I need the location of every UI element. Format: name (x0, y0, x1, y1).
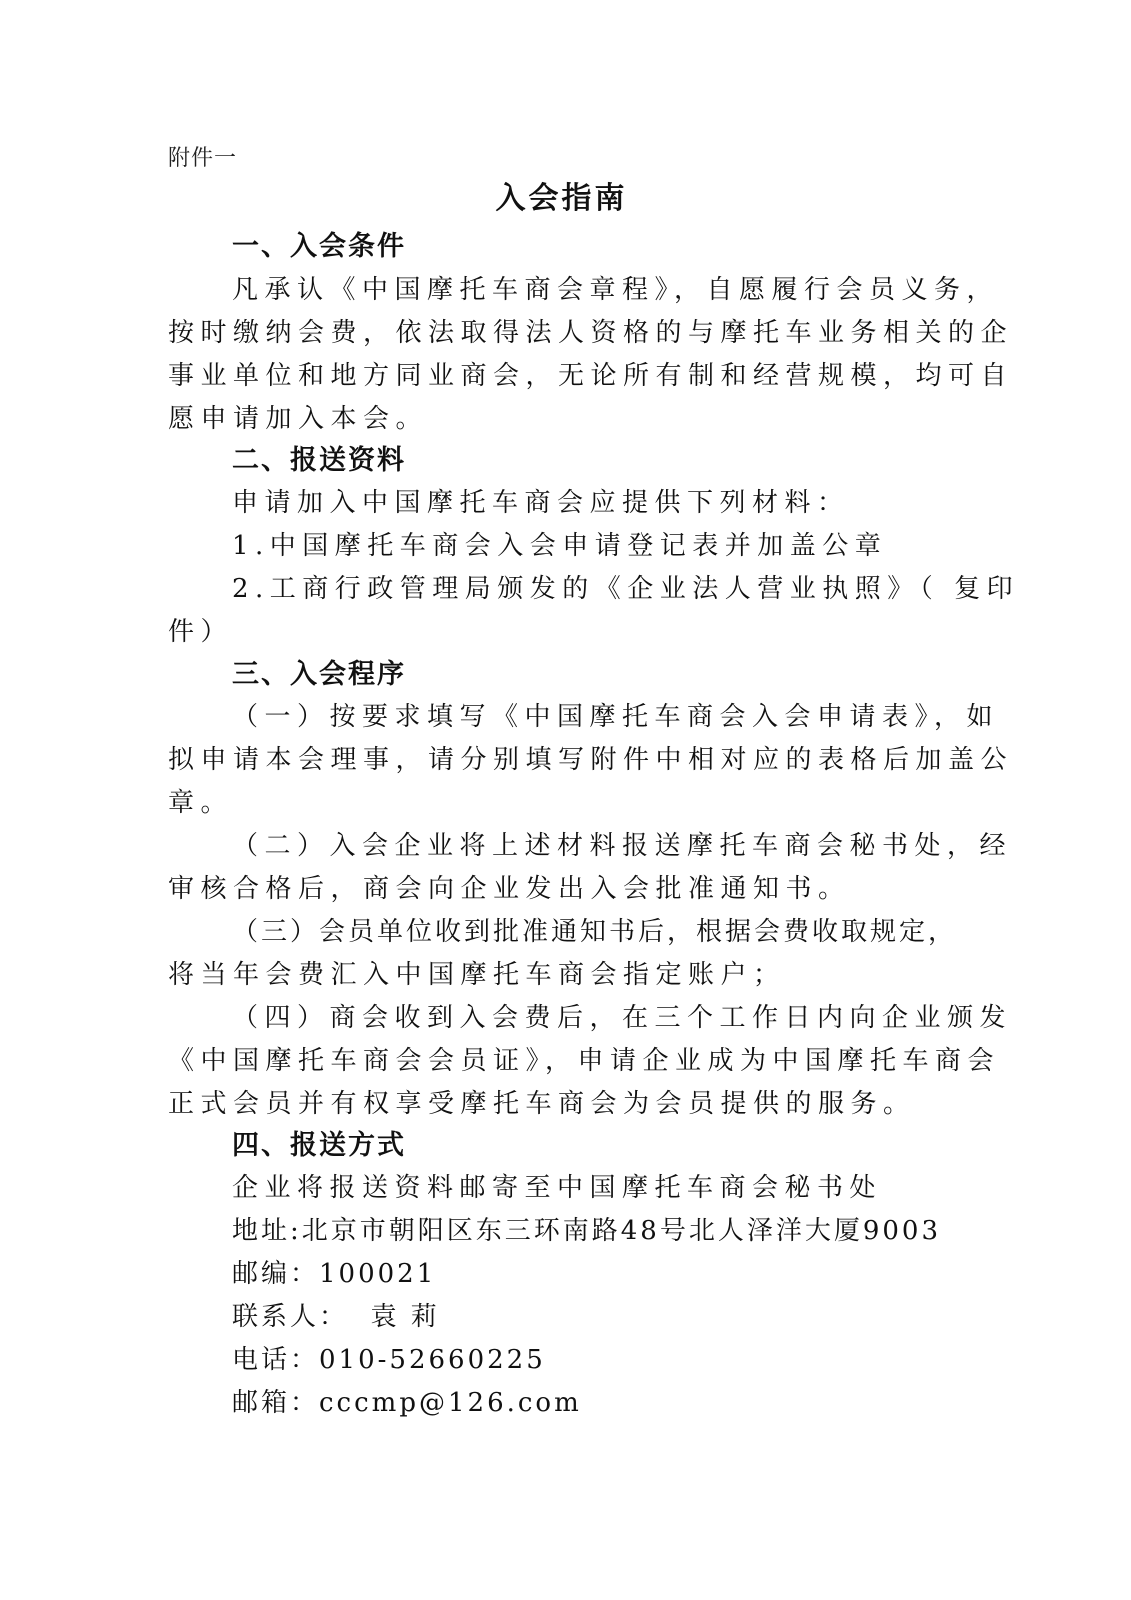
paragraph-line: 审核合格后，商会向企业发出入会批准通知书。 (168, 876, 851, 902)
paragraph-line: 拟申请本会理事，请分别填写附件中相对应的表格后加盖公 (168, 747, 1013, 773)
paragraph-line: 章。 (168, 790, 233, 816)
document-page: 附件一 入会指南 一、入会条件 凡承认《中国摩托车商会章程》，自愿履行会员义务，… (0, 0, 1131, 1600)
list-item: 1.中国摩托车商会入会申请登记表并加盖公章 (232, 533, 887, 559)
contact-email: 邮箱：cccmp@126.com (232, 1390, 582, 1416)
paragraph-line: （一）按要求填写《中国摩托车商会入会申请表》，如 (232, 704, 999, 730)
paragraph-line: （四）商会收到入会费后，在三个工作日内向企业颁发 (232, 1005, 1012, 1031)
section-heading-submission-method: 四、报送方式 (232, 1132, 406, 1159)
section-heading-membership-conditions: 一、入会条件 (232, 233, 406, 260)
contact-phone: 电话：010-52660225 (232, 1347, 546, 1373)
paragraph-line: 正式会员并有权享受摩托车商会为会员提供的服务。 (168, 1091, 916, 1117)
paragraph-line: 愿申请加入本会。 (168, 406, 428, 432)
document-title: 入会指南 (168, 184, 955, 214)
contact-address: 地址:北京市朝阳区东三环南路48号北人泽洋大厦9003 (232, 1218, 941, 1244)
paragraph-line: （二）入会企业将上述材料报送摩托车商会秘书处，经 (232, 833, 1012, 859)
paragraph-line: 《中国摩托车商会会员证》，申请企业成为中国摩托车商会 (168, 1048, 1000, 1074)
paragraph-line: 凡承认《中国摩托车商会章程》，自愿履行会员义务， (232, 277, 999, 303)
paragraph-line: 事业单位和地方同业商会，无论所有制和经营规模，均可自 (168, 363, 1013, 389)
paragraph-line: 将当年会费汇入中国摩托车商会指定账户； (168, 962, 786, 988)
contact-person: 联系人： 袁 莉 (232, 1304, 440, 1330)
list-item-continuation: 件） (168, 619, 233, 645)
contact-postcode: 邮编：100021 (232, 1261, 436, 1287)
paragraph-line: 企业将报送资料邮寄至中国摩托车商会秘书处 (232, 1175, 882, 1201)
section-heading-submission-materials: 二、报送资料 (232, 447, 406, 474)
section-heading-membership-procedure: 三、入会程序 (232, 661, 406, 688)
paragraph-line: 按时缴纳会费，依法取得法人资格的与摩托车业务相关的企 (168, 320, 1013, 346)
attachment-label: 附件一 (168, 148, 237, 170)
paragraph-line: （三）会员单位收到批准通知书后，根据会费收取规定， (232, 919, 957, 945)
paragraph-line: 申请加入中国摩托车商会应提供下列材料： (232, 490, 850, 516)
list-item: 2.工商行政管理局颁发的《企业法人营业执照》（ 复印 (232, 576, 1019, 602)
